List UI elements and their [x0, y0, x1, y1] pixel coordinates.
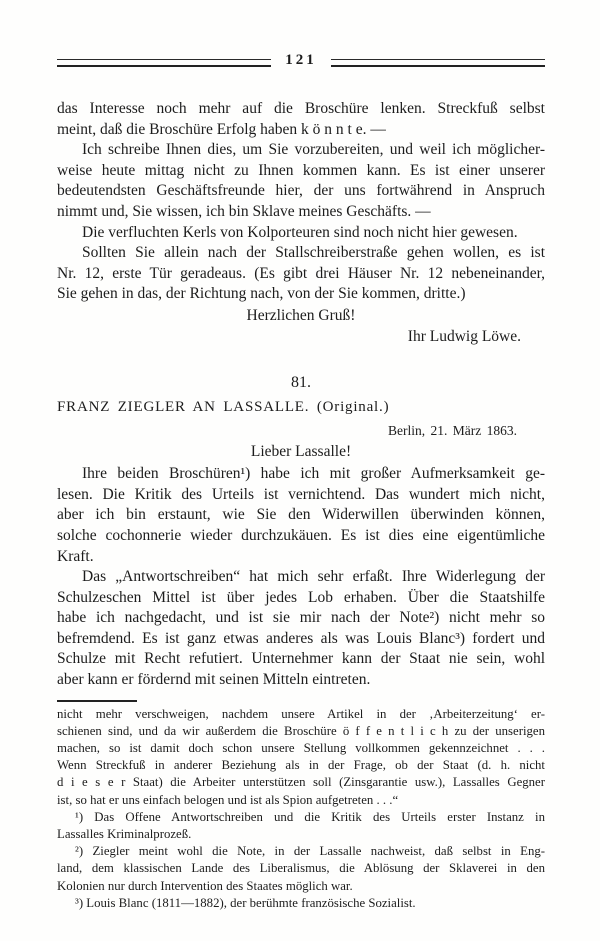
- footnote-line: machen, so ist damit doch schon unsere S…: [57, 740, 545, 757]
- letter-80-continuation: das Interesse noch mehr auf die Broschür…: [57, 99, 545, 347]
- letter-signature: Ihr Ludwig Löwe.: [57, 327, 545, 348]
- text-line: das Interesse noch mehr auf die Broschür…: [57, 99, 545, 120]
- text-line: bedeutendsten Geschäftsfreunde hier, der…: [57, 181, 545, 202]
- footnote-line: ¹) Das Offene Antwortschreiben und die K…: [57, 809, 545, 826]
- paragraph: das Interesse noch mehr auf die Broschür…: [57, 99, 545, 140]
- footnote-1: ¹) Das Offene Antwortschreiben und die K…: [57, 809, 545, 843]
- header-rule-left: [57, 59, 271, 67]
- text-line: habe ich nachgedacht, und ist sie mir na…: [57, 608, 545, 629]
- letter-dateline: Berlin, 21. März 1863.: [57, 423, 545, 439]
- text-line: Sie gehen in das, der Richtung nach, von…: [57, 284, 545, 305]
- paragraph: Ihre beiden Broschüren¹) habe ich mit gr…: [57, 464, 545, 567]
- letter-81: 81. FRANZ ZIEGLER AN LASSALLE. (Original…: [57, 374, 545, 691]
- footnote-line: ³) Louis Blanc (1811—1882), der berühmte…: [57, 895, 545, 912]
- footnote-line: Lassalles Kriminalprozeß.: [57, 826, 545, 843]
- text-line: meint, daß die Broschüre Erfolg haben k …: [57, 120, 545, 141]
- footnote-line: nicht mehr verschweigen, nachdem unsere …: [57, 706, 545, 723]
- footnote-continuation: nicht mehr verschweigen, nachdem unsere …: [57, 706, 545, 809]
- page-number: 121: [271, 52, 331, 69]
- text-line: Sollten Sie allein nach der Stallschreib…: [57, 243, 545, 264]
- text-line: Die verfluchten Kerls von Kolporteuren s…: [57, 223, 545, 244]
- footnote-2: ²) Ziegler meint wohl die Note, in der L…: [57, 843, 545, 895]
- paragraph: Ich schreibe Ihnen dies, um Sie vorzuber…: [57, 140, 545, 222]
- text-line: Kraft.: [57, 547, 545, 568]
- paragraph: Die verfluchten Kerls von Kolporteuren s…: [57, 223, 545, 244]
- footnote-line: d i e s e r Staat) die Arbeiter unterstü…: [57, 774, 545, 791]
- letter-salutation: Lieber Lassalle!: [57, 441, 545, 462]
- footnote-separator-rule: [57, 700, 137, 702]
- paragraph: Das „Antwortschreiben“ hat mich sehr erf…: [57, 567, 545, 691]
- paragraph: Sollten Sie allein nach der Stallschreib…: [57, 243, 545, 305]
- footnote-3: ³) Louis Blanc (1811—1882), der berühmte…: [57, 895, 545, 912]
- footnotes: nicht mehr verschweigen, nachdem unsere …: [57, 706, 545, 912]
- text-line: Schulzeschen Mittel ist über jedes Lob e…: [57, 588, 545, 609]
- text-line: aber ich bin erstaunt, wie Sie den Wider…: [57, 505, 545, 526]
- text-line: nimmt und, Sie wissen, ich bin Sklave me…: [57, 202, 545, 223]
- letter-number: 81.: [57, 374, 545, 392]
- footnote-line: Kolonien nur durch Intervention des Staa…: [57, 878, 545, 895]
- header-rule-right: [331, 59, 545, 67]
- text-line: weise heute mittag nicht zu Ihnen kommen…: [57, 161, 545, 182]
- page-header: 121: [57, 54, 545, 71]
- letter-heading: FRANZ ZIEGLER AN LASSALLE. (Original.): [57, 399, 545, 416]
- text-line: Das „Antwortschreiben“ hat mich sehr erf…: [57, 567, 545, 588]
- letter-closing: Herzlichen Gruß!: [57, 306, 545, 327]
- book-page: 121 das Interesse noch mehr auf die Bros…: [0, 0, 600, 941]
- footnote-line: schienen sind, und da wir außerdem die B…: [57, 723, 545, 740]
- text-line: Nr. 12, erste Tür geradeaus. (Es gibt dr…: [57, 264, 545, 285]
- footnote-line: ist, so hat er uns einfach belogen und i…: [57, 792, 545, 809]
- text-line: aber kann er fördernd mit seinen Mitteln…: [57, 670, 545, 691]
- text-line: solche cochonnerie wieder durchzukäuen. …: [57, 526, 545, 547]
- footnote-line: Wenn Streckfuß in anderer Beziehung als …: [57, 757, 545, 774]
- text-line: lesen. Die Kritik des Urteils ist vernic…: [57, 485, 545, 506]
- text-line: befremdend. Es ist ganz etwas anderes al…: [57, 629, 545, 650]
- text-line: Ich schreibe Ihnen dies, um Sie vorzuber…: [57, 140, 545, 161]
- footnote-line: land, dem klassischen Lande des Liberali…: [57, 860, 545, 877]
- text-line: Schulze mit Recht refutiert. Unternehmer…: [57, 649, 545, 670]
- letter-81-body: Ihre beiden Broschüren¹) habe ich mit gr…: [57, 464, 545, 691]
- footnote-line: ²) Ziegler meint wohl die Note, in der L…: [57, 843, 545, 860]
- text-line: Ihre beiden Broschüren¹) habe ich mit gr…: [57, 464, 545, 485]
